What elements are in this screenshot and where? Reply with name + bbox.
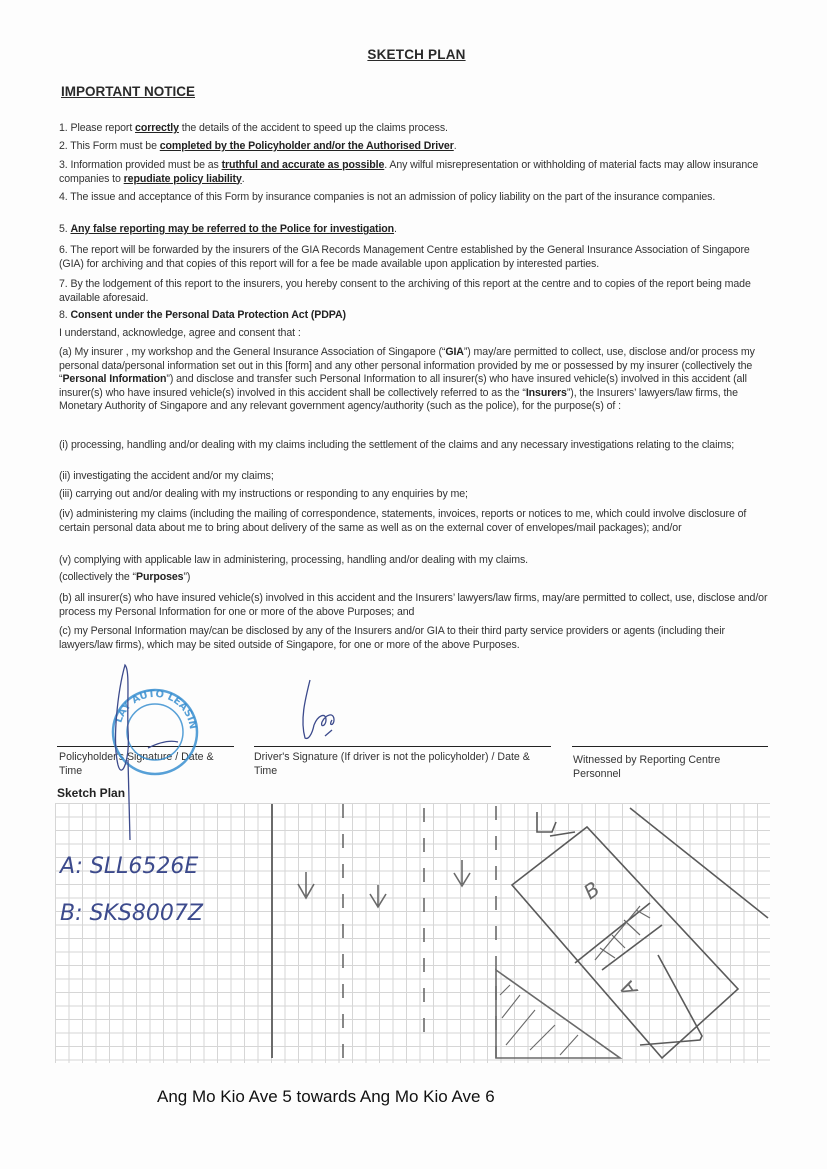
purpose-iv: (iv) administering my claims (including … bbox=[59, 508, 777, 535]
notice-item-5: 5. Any false reporting may be referred t… bbox=[59, 223, 777, 237]
notice-item-7: 7. By the lodgement of this report to th… bbox=[59, 278, 777, 305]
driver-signature bbox=[303, 680, 334, 738]
notice-item-4: 4. The issue and acceptance of this Form… bbox=[59, 191, 777, 205]
pdpa-clause-c: (c) my Personal Information may/can be d… bbox=[59, 625, 777, 652]
purpose-v: (v) complying with applicable law in adm… bbox=[59, 554, 777, 568]
notice-item-2: 2. This Form must be completed by the Po… bbox=[59, 140, 777, 154]
driver-signature-label: Driver's Signature (If driver is not the… bbox=[254, 750, 554, 778]
purpose-i: (i) processing, handling and/or dealing … bbox=[59, 439, 777, 453]
policyholder-signature-line bbox=[57, 746, 234, 747]
notice-item-6: 6. The report will be forwarded by the i… bbox=[59, 244, 777, 271]
notice-item-3: 3. Information provided must be as truth… bbox=[59, 159, 777, 186]
document-title: SKETCH PLAN bbox=[0, 47, 827, 62]
pdpa-clause-b: (b) all insurer(s) who have insured vehi… bbox=[59, 592, 777, 619]
road-caption: Ang Mo Kio Ave 5 towards Ang Mo Kio Ave … bbox=[157, 1087, 495, 1107]
pdpa-heading: 8. Consent under the Personal Data Prote… bbox=[59, 309, 777, 323]
document-page: SKETCH PLAN IMPORTANT NOTICE 1. Please r… bbox=[0, 0, 827, 1169]
collectively-purposes: (collectively the “Purposes”) bbox=[59, 571, 777, 585]
pdpa-intro: I understand, acknowledge, agree and con… bbox=[59, 327, 777, 341]
sketch-plan-heading: Sketch Plan bbox=[57, 786, 125, 800]
witness-signature-line bbox=[572, 746, 768, 747]
pdpa-clause-a: (a) My insurer , my workshop and the Gen… bbox=[59, 346, 777, 414]
purpose-ii: (ii) investigating the accident and/or m… bbox=[59, 470, 777, 484]
purpose-iii: (iii) carrying out and/or dealing with m… bbox=[59, 488, 777, 502]
notice-item-1: 1. Please report correctly the details o… bbox=[59, 122, 777, 136]
important-notice-heading: IMPORTANT NOTICE bbox=[61, 84, 195, 99]
witness-signature-label: Witnessed by Reporting Centre Personnel bbox=[573, 753, 753, 781]
driver-signature-line bbox=[254, 746, 551, 747]
policyholder-signature-label: Policyholder's Signature / Date & Time bbox=[59, 750, 235, 778]
sketch-grid bbox=[55, 803, 770, 1063]
